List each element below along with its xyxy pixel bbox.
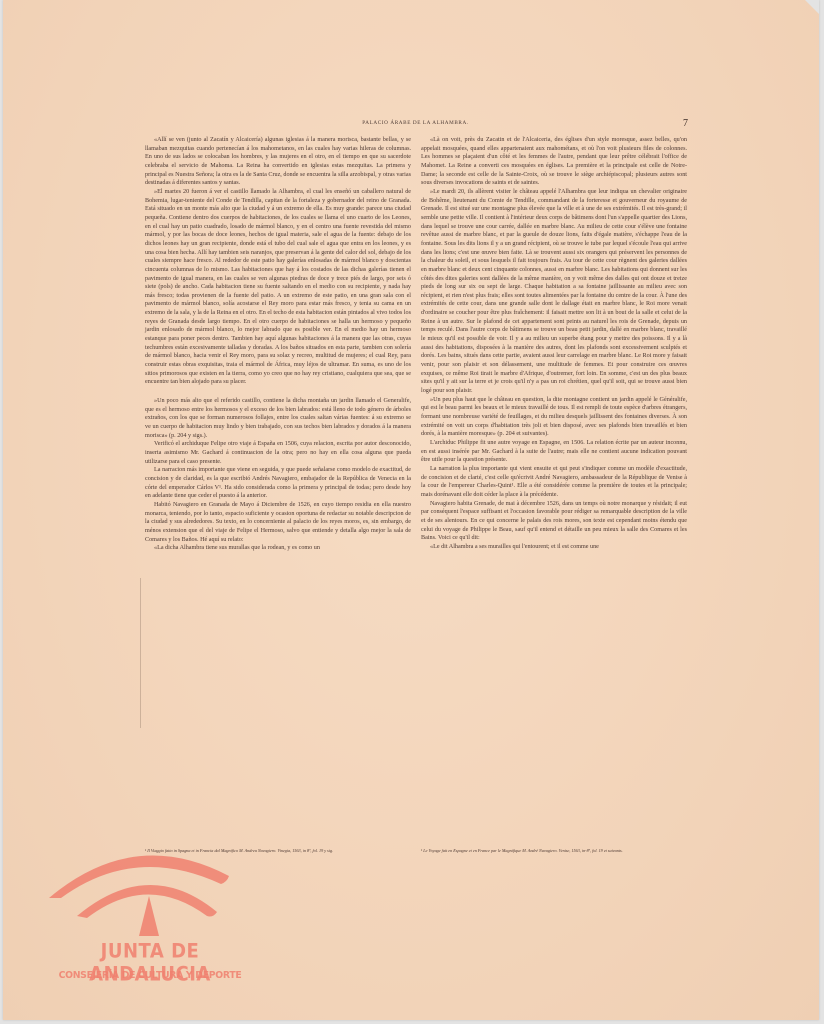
paragraph: La narracion más importante que viene en… xyxy=(145,466,411,501)
paragraph: »Le mardi 20, ils allèrent visiter le ch… xyxy=(421,188,687,396)
paragraph: «La dicha Alhambra tiene sus murallas qu… xyxy=(145,544,411,553)
running-head: Palacio árabe de la Alhambra. 7 xyxy=(143,118,688,132)
footnote-right: ¹ Le Voyage fait en Espagne et en France… xyxy=(421,848,687,855)
page-number: 7 xyxy=(683,118,688,129)
paragraph: «Le dit Alhambra a ses murailles qui l'e… xyxy=(421,543,687,552)
scanned-page: Palacio árabe de la Alhambra. 7 «Allí se… xyxy=(3,0,819,1020)
paragraph: Verificó el archiduque Felipe otro viaje… xyxy=(145,440,411,466)
paragraph: »El martes 20 fueron á ver el castillo l… xyxy=(145,188,411,387)
paragraph: L'archiduc Philippe fit une autre voyage… xyxy=(421,439,687,465)
paragraph: Habitó Navagiero en Granada de Mayo á Di… xyxy=(145,501,411,544)
paragraph: »Un peu plus haut que le château en ques… xyxy=(421,396,687,439)
french-text-column: «Là on voit, près du Zacatin et de l'Alc… xyxy=(421,136,687,552)
paragraph: «Allí se ven (junto al Zacatín y Alcaice… xyxy=(145,136,411,188)
paragraph: Navagiero habita Grenade, de mai à décem… xyxy=(421,500,687,543)
paragraph: La narration la plus importante qui vien… xyxy=(421,465,687,500)
paragraph: »Un poco más alto que el referido castil… xyxy=(145,397,411,440)
page-corner-fold xyxy=(805,0,819,14)
watermark: JUNTA DE ANDALUCIA CONSEJERÍA DE CULTURA… xyxy=(39,836,259,996)
watermark-subtitle: CONSEJERÍA DE CULTURA Y DEPORTE xyxy=(39,970,261,981)
spanish-text-column: «Allí se ven (junto al Zacatín y Alcaice… xyxy=(145,136,411,553)
margin-mark xyxy=(140,578,141,728)
junta-andalucia-logo-icon xyxy=(39,836,259,946)
paragraph: «Là on voit, près du Zacatin et de l'Alc… xyxy=(421,136,687,188)
running-title: Palacio árabe de la Alhambra. xyxy=(143,120,688,126)
